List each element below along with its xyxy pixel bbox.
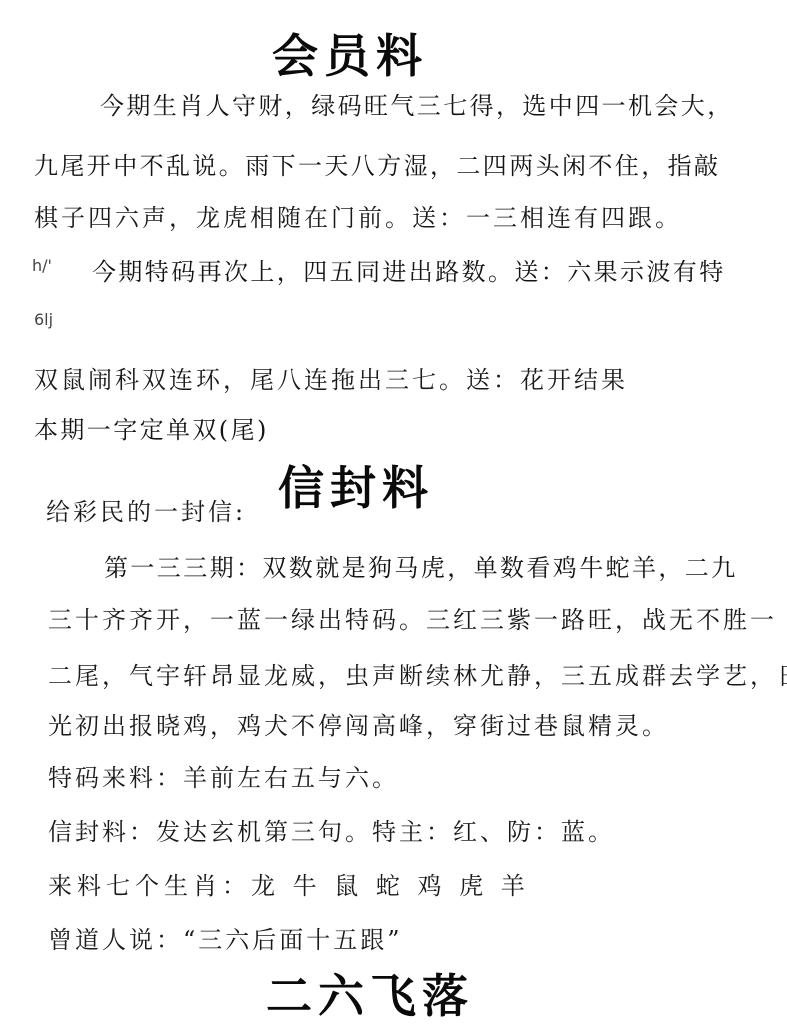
letter-line-4: 光初出报晓鸡，鸡犬不停闯高峰，穿街过巷鼠精灵。 xyxy=(48,706,669,741)
member-section-title: 会员料 xyxy=(272,20,428,86)
member-line-1: 今期生肖人守财，绿码旺气三七得，选中四一机会大， xyxy=(100,86,734,121)
letter-section-title: 信封料 xyxy=(278,452,434,518)
margin-annotation-1: h/' xyxy=(32,256,52,275)
member-line-4: 今期特码再次上，四五同进出路数。送：六果示波有特 xyxy=(92,252,726,287)
member-line-3: 棋子四六声，龙虎相随在门前。送：一三相连有四跟。 xyxy=(34,198,682,233)
member-line-6: 本期一字定单双(尾) xyxy=(34,410,269,445)
letter-line-5: 特码来料：羊前左右五与六。 xyxy=(48,758,399,793)
letter-line-2: 三十齐齐开，一蓝一绿出特码。三红三紫一路旺，战无不胜一 xyxy=(48,600,777,635)
letter-greeting: 给彩民的一封信: xyxy=(46,492,246,527)
letter-line-8: 曾道人说：“三六后面十五跟” xyxy=(48,920,403,955)
letter-line-7: 来料七个生肖：龙 牛 鼠 蛇 鸡 虎 羊 xyxy=(48,866,530,901)
letter-line-1: 第一三三期：双数就是狗马虎，单数看鸡牛蛇羊，二九 xyxy=(104,548,738,583)
member-line-5: 双鼠闹科双连环，尾八连拖出三七。送：花开结果 xyxy=(34,360,628,395)
footer-title: 二六飞落 xyxy=(266,960,474,1024)
letter-line-3: 二尾，气宇轩昂显龙威，虫声断续林尤静，三五成群去学艺，日 xyxy=(48,656,787,691)
letter-line-6: 信封料：发达玄机第三句。特主：红、防：蓝。 xyxy=(48,812,615,847)
margin-annotation-2: 6lj xyxy=(34,310,53,329)
member-line-2: 九尾开中不乱说。雨下一天八方湿，二四两头闲不住，指敲 xyxy=(34,146,720,181)
